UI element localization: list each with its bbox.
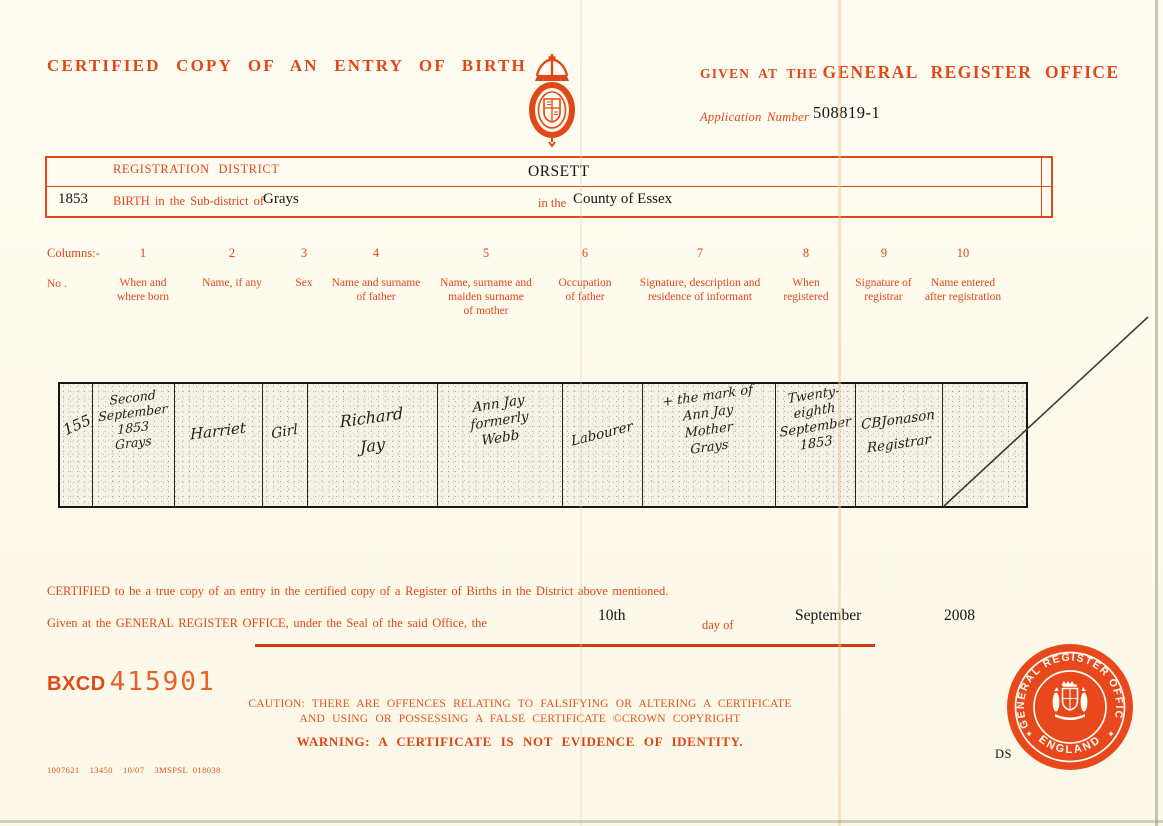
entry-when-registered: Twenty- eighth September 1853: [774, 382, 856, 459]
entry-name: Harriet: [174, 417, 262, 446]
given-at-statement: Given at the GENERAL REGISTER OFFICE, un…: [47, 616, 487, 631]
issue-day-value: 10th: [598, 607, 626, 625]
in-the-label: in the: [538, 196, 566, 211]
issue-month-value: September: [795, 607, 861, 625]
paper-fold-crease: [580, 0, 582, 826]
office-name: GENERAL REGISTER OFFICE: [822, 62, 1119, 82]
column-number-8: 8: [791, 246, 821, 261]
column-number-2: 2: [217, 246, 247, 261]
column-header-2: Name, if any: [177, 276, 287, 290]
birth-subdistrict-label: BIRTH in the Sub-district of: [113, 194, 264, 209]
column-number-10: 10: [948, 246, 978, 261]
application-number-label: Application Number: [700, 110, 809, 125]
given-at-prefix: GIVEN AT THE: [700, 66, 818, 81]
certificate-serial: BXCD 415901: [47, 667, 216, 697]
column-number-6: 6: [570, 246, 600, 261]
scan-edge-right: [1155, 0, 1158, 826]
birth-certificate-document: CERTIFIED COPY OF AN ENTRY OF BIRTH GIVE…: [0, 0, 1163, 826]
seal-star-left-icon: ✦: [1025, 729, 1033, 739]
caution-line-2: AND USING OR POSSESSING A FALSE CERTIFIC…: [230, 713, 810, 725]
strip-divider: [262, 384, 263, 506]
scan-edge-bottom: [0, 820, 1163, 823]
entry-registrar-signature: CBJonason Registrar: [855, 402, 943, 462]
seal-star-right-icon: ✦: [1107, 729, 1115, 739]
series-code: BXCD: [47, 673, 106, 695]
column-number-3: 3: [289, 246, 319, 261]
columns-label: Columns:-: [47, 246, 100, 261]
given-at-office-line: GIVEN AT THE GENERAL REGISTER OFFICE: [700, 62, 1120, 83]
column-header-no: No .: [47, 278, 67, 290]
royal-crest-icon: [518, 52, 586, 153]
entry-sex: Girl: [262, 420, 307, 444]
column-number-9: 9: [869, 246, 899, 261]
regbox-horizontal-divider: [47, 186, 1051, 187]
issue-year-value: 2008: [944, 607, 975, 625]
paper-fold-crease: [838, 0, 841, 826]
column-number-1: 1: [128, 246, 158, 261]
column-number-4: 4: [361, 246, 391, 261]
entry-father-occupation: Labourer: [562, 416, 642, 451]
warning-line: WARNING: A CERTIFICATE IS NOT EVIDENCE O…: [230, 734, 810, 750]
column-number-5: 5: [471, 246, 501, 261]
entry-when-where-born: Second September 1853 Grays: [92, 385, 174, 455]
entry-informant: + the mark of Ann Jay Mother Grays: [641, 379, 775, 466]
gro-seal-icon: GENERAL REGISTER OFFICE ENGLAND ✦ ✦: [1004, 641, 1136, 778]
county-value: County of Essex: [573, 191, 672, 208]
entry-mother-name: Ann Jay formerly Webb: [436, 386, 562, 457]
column-number-7: 7: [685, 246, 715, 261]
seal-line-rule: [255, 644, 875, 647]
registration-district-label: REGISTRATION DISTRICT: [113, 162, 280, 177]
subdistrict-value: Grays: [263, 191, 299, 208]
registration-year: 1853: [58, 191, 88, 208]
caution-line-1: CAUTION: THERE ARE OFFENCES RELATING TO …: [230, 698, 810, 710]
regbox-vertical-divider: [1041, 158, 1042, 216]
day-of-label: day of: [702, 618, 734, 633]
document-title: CERTIFIED COPY OF AN ENTRY OF BIRTH: [47, 56, 527, 76]
column-header-10: Name entered after registration: [898, 276, 1028, 304]
application-number-value: 508819-1: [813, 103, 880, 123]
entry-father-name: Richard Jay: [307, 395, 438, 469]
serial-number: 415901: [110, 667, 216, 697]
register-entry-strip: 155 Second September 1853 Grays Harriet …: [58, 382, 1028, 508]
print-code: 1007621 13450 10/07 3MSPSL 018038: [47, 765, 221, 775]
certified-statement: CERTIFIED to be a true copy of an entry …: [47, 584, 668, 599]
